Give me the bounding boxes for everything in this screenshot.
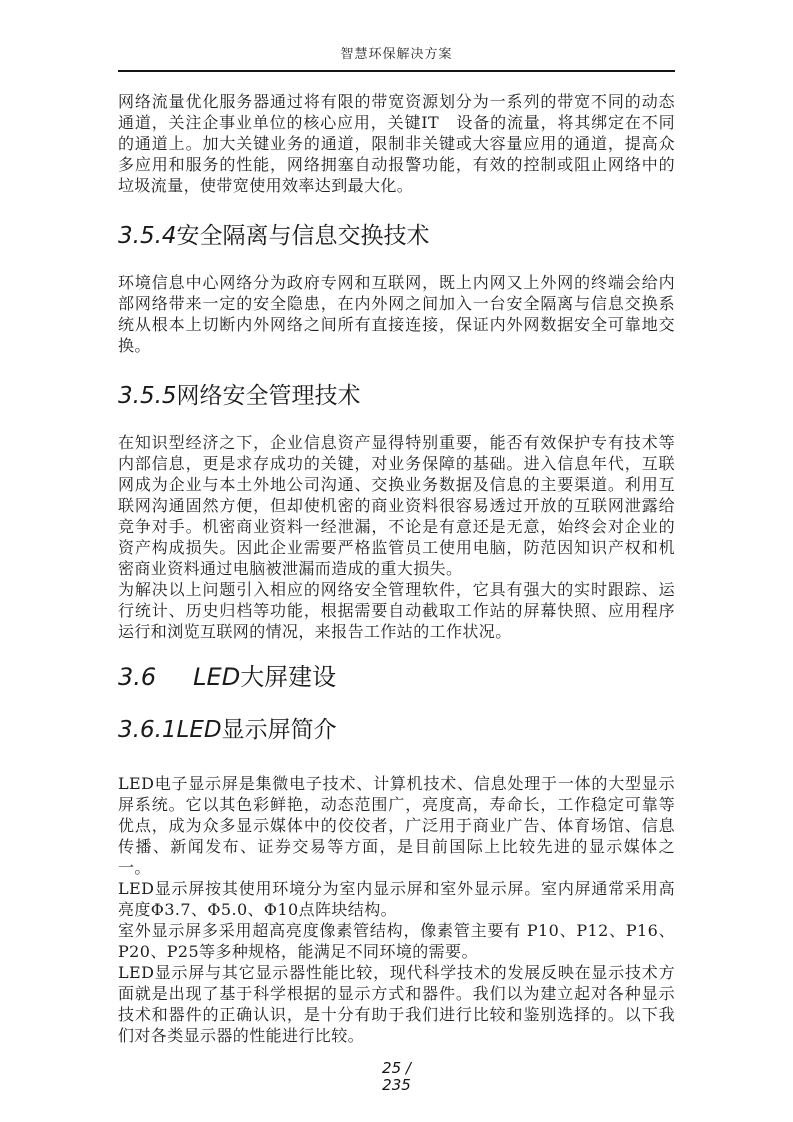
heading-number: 3.6.1 (118, 717, 177, 743)
document-page: 智慧环保解决方案 网络流量优化服务器通过将有限的带宽资源划分为一系列的带宽不同的… (0, 0, 793, 1122)
heading-3-6-1: 3.6.1LED显示屏简介 (118, 717, 675, 744)
page-header: 智慧环保解决方案 (118, 0, 675, 72)
heading-number: 3.5.5 (118, 383, 177, 409)
heading-latin: LED (177, 717, 222, 743)
heading-title: 大屏建设 (240, 663, 336, 691)
page-number-current: 25 / (118, 1060, 675, 1077)
paragraph-led-comparison: LED显示屏与其它显示器性能比较，现代科学技术的发展反映在显示技术方面就是出现了… (118, 962, 675, 1046)
paragraph-led-outdoor: 室外显示屏多采用超高亮度像素管结构，像素管主要有 P10、P12、P16、P20… (118, 920, 675, 962)
paragraph-isolation-exchange: 环境信息中心网络分为政府专网和互联网，既上内网又上外网的终端会给内部网络带来一定… (118, 272, 675, 356)
heading-3-5-5: 3.5.5网络安全管理技术 (118, 383, 675, 410)
paragraph-network-security-2: 为解决以上问题引入相应的网络安全管理软件，它具有强大的实时跟踪、运行统计、历史归… (118, 579, 675, 642)
header-title: 智慧环保解决方案 (118, 47, 675, 63)
page-footer: 25 / 235 (118, 1060, 675, 1094)
page-number-total: 235 (118, 1077, 675, 1094)
heading-3-5-4: 3.5.4安全隔离与信息交换技术 (118, 223, 675, 250)
heading-number: 3.6 (118, 663, 156, 691)
heading-title: 网络安全管理技术 (177, 383, 361, 409)
heading-3-6: 3.6LED大屏建设 (118, 663, 675, 691)
heading-number: 3.5.4 (118, 223, 177, 249)
heading-title: 显示屏简介 (222, 717, 337, 743)
heading-title: 安全隔离与信息交换技术 (177, 223, 430, 249)
paragraph-led-intro: LED电子显示屏是集微电子技术、计算机技术、信息处理于一体的大型显示屏系统。它以… (118, 773, 675, 878)
paragraph-network-security-1: 在知识型经济之下，企业信息资产显得特别重要，能否有效保护专有技术等内部信息，更是… (118, 432, 675, 579)
document-content: 网络流量优化服务器通过将有限的带宽资源划分为一系列的带宽不同的动态通道，关注企事… (118, 91, 675, 1046)
paragraph-led-indoor: LED显示屏按其使用环境分为室内显示屏和室外显示屏。室内屏通常采用高亮度Φ3.7… (118, 878, 675, 920)
heading-latin: LED (193, 663, 240, 691)
paragraph-network-optimization: 网络流量优化服务器通过将有限的带宽资源划分为一系列的带宽不同的动态通道，关注企事… (118, 91, 675, 196)
